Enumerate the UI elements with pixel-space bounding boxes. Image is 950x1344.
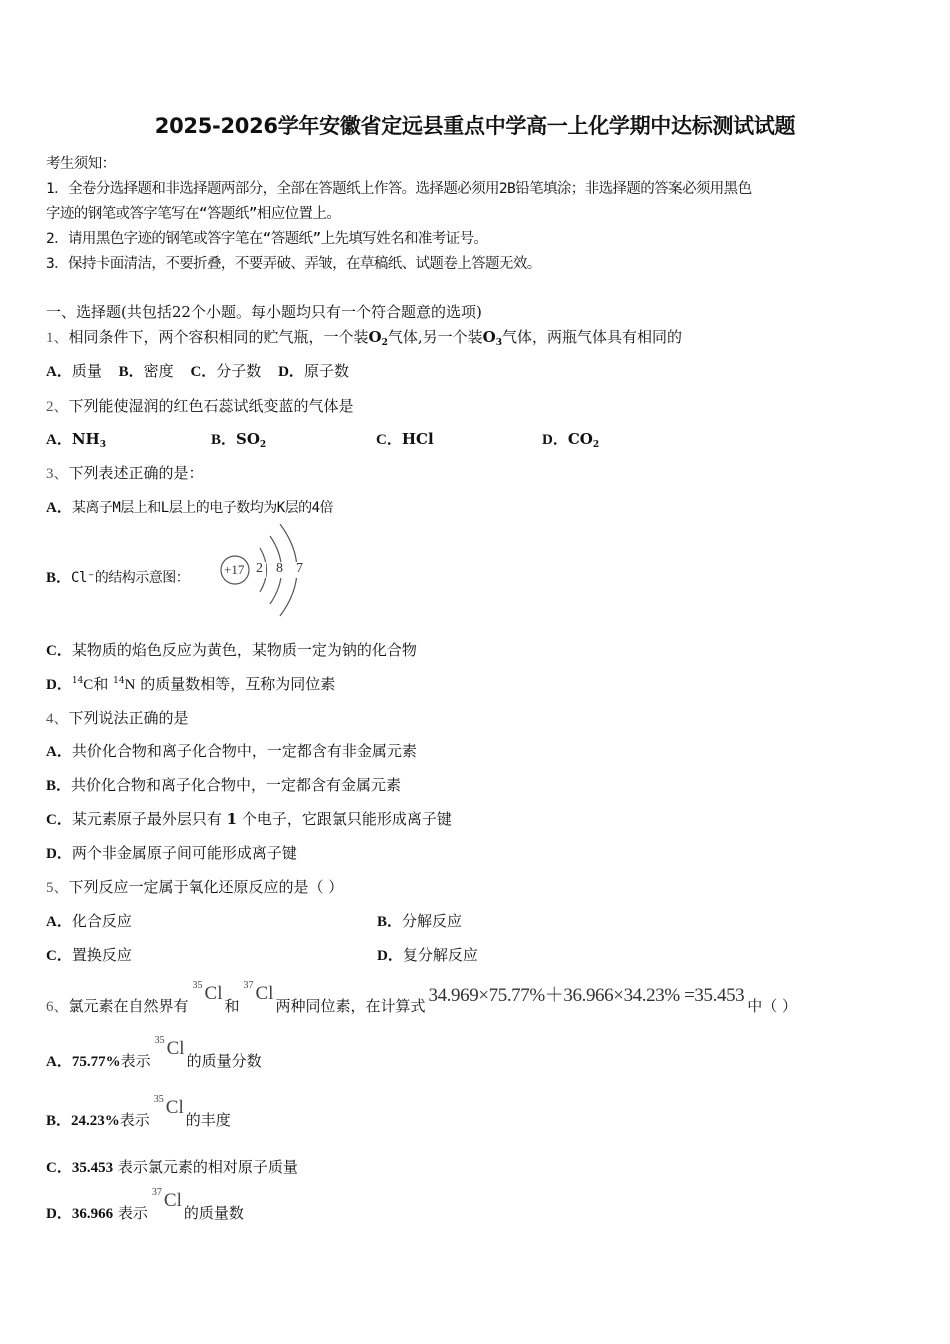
option-b[interactable]: B．分解反应 (377, 910, 462, 931)
notice-item-1-cont: 字迹的钢笔或答字笔写在“答题纸”相应位置上。 (46, 202, 340, 223)
isotope-cl-37: 37Cl (242, 983, 274, 1005)
isotope-cl-35: 35Cl (153, 1038, 185, 1060)
option-b[interactable]: B．共价化合物和离子化合物中，一定都含有金属元素 (46, 774, 401, 795)
option-c[interactable]: C．35.453 表示氯元素的相对原子质量 (46, 1156, 298, 1177)
option-c[interactable]: C．某元素原子最外层只有 1 个电子，它跟氯只能形成离子键 (46, 808, 452, 829)
question-stem: 下列表述正确的是： (69, 464, 204, 482)
question-number: 2、 (46, 399, 69, 415)
option-c[interactable]: C．HCl (376, 428, 434, 449)
option-d[interactable]: D．复分解反应 (377, 944, 478, 965)
isotope-cl-35: 35Cl (191, 983, 223, 1005)
option-b[interactable]: B．24.23%表示35Cl的丰度 (46, 1109, 231, 1131)
notice-item-3: 3．保持卡面清洁，不要折叠，不要弄破、弄皱，在草稿纸、试题卷上答题无效。 (46, 252, 541, 273)
isotope-cl-35: 35Cl (152, 1097, 184, 1119)
option-d[interactable]: D．原子数 (278, 362, 349, 380)
option-c[interactable]: C．置换反应 (46, 944, 132, 965)
question-4: 4、下列说法正确的是 (46, 707, 189, 728)
option-d[interactable]: D．CO2 (542, 428, 599, 450)
option-b[interactable]: B．Cl⁻的结构示意图： (46, 566, 189, 587)
question-3: 3、下列表述正确的是： (46, 462, 204, 483)
shell-m-electrons: 7 (296, 561, 303, 577)
question-2: 2、下列能使湿润的红色石蕊试纸变蓝的气体是 (46, 395, 354, 416)
option-c[interactable]: C．某物质的焰色反应为黄色，某物质一定为钠的化合物 (46, 639, 417, 660)
option-b[interactable]: B．密度 (119, 362, 174, 380)
question-number: 5、 (46, 880, 69, 896)
option-b[interactable]: B．SO2 (211, 428, 266, 450)
notice-item-1: 1．全卷分选择题和非选择题两部分，全部在答题纸上作答。选择题必须用2B铅笔填涂；… (46, 177, 752, 198)
isotope-cl-37: 37Cl (150, 1190, 182, 1212)
option-d[interactable]: D．两个非金属原子间可能形成离子键 (46, 842, 297, 863)
question-stem: 下列反应一定属于氧化还原反应的是（ ） (69, 878, 344, 896)
shell-l-electrons: 8 (276, 561, 283, 577)
notice-heading: 考生须知： (46, 152, 116, 173)
nucleus-charge: +17 (224, 562, 244, 578)
question-5: 5、下列反应一定属于氧化还原反应的是（ ） (46, 876, 343, 897)
shell-k-electrons: 2 (256, 561, 263, 577)
question-stem: 气体，两瓶气体具有相同的 (502, 328, 682, 346)
question-1-options: A．质量 B．密度 C．分子数 D．原子数 (46, 360, 349, 381)
calculation-formula: 34.969×75.77%＋36.966×34.23% =35.453 (428, 980, 744, 1007)
question-number: 6、 (46, 999, 69, 1015)
option-a[interactable]: A．质量 (46, 362, 102, 380)
option-a[interactable]: A．75.77%表示35Cl的质量分数 (46, 1050, 262, 1072)
question-1: 1、相同条件下，两个容积相同的贮气瓶，一个装O2气体,另一个装O3气体，两瓶气体… (46, 326, 682, 348)
section-heading: 一、选择题(共包括22个小题。每小题均只有一个符合题意的选项) (46, 301, 482, 322)
cl-ion-structure-diagram: +17 2 8 7 (218, 524, 318, 618)
question-stem: 氯元素在自然界有 (69, 997, 189, 1015)
question-6: 6、氯元素在自然界有35Cl和37Cl两种同位素，在计算式34.969×75.7… (46, 990, 797, 1017)
option-a[interactable]: A．共价化合物和离子化合物中，一定都含有非金属元素 (46, 740, 417, 761)
option-a[interactable]: A．NH3 (46, 428, 106, 450)
question-stem: 下列能使湿润的红色石蕊试纸变蓝的气体是 (69, 397, 354, 415)
document-title: 2025-2026学年安徽省定远县重点中学高一上化学期中达标测试试题 (0, 110, 950, 140)
question-stem: 相同条件下，两个容积相同的贮气瓶，一个装 (69, 328, 369, 346)
option-c[interactable]: C．分子数 (190, 362, 261, 380)
question-number: 1、 (46, 330, 69, 346)
question-number: 3、 (46, 466, 69, 482)
question-number: 4、 (46, 711, 69, 727)
formula-o2: O2 (369, 328, 388, 346)
formula-o3: O3 (483, 328, 502, 346)
option-a[interactable]: A．某离子M层上和L层上的电子数均为K层的4倍 (46, 496, 333, 517)
question-stem: 下列说法正确的是 (69, 709, 189, 727)
question-stem: 气体,另一个装 (388, 328, 483, 346)
option-d[interactable]: D．36.966 表示37Cl的质量数 (46, 1202, 244, 1224)
notice-item-2: 2．请用黑色字迹的钢笔或答字笔在“答题纸”上先填写姓名和准考证号。 (46, 227, 487, 248)
option-a[interactable]: A．化合反应 (46, 910, 132, 931)
option-d[interactable]: D．14C和 14N 的质量数相等，互称为同位素 (46, 673, 335, 694)
